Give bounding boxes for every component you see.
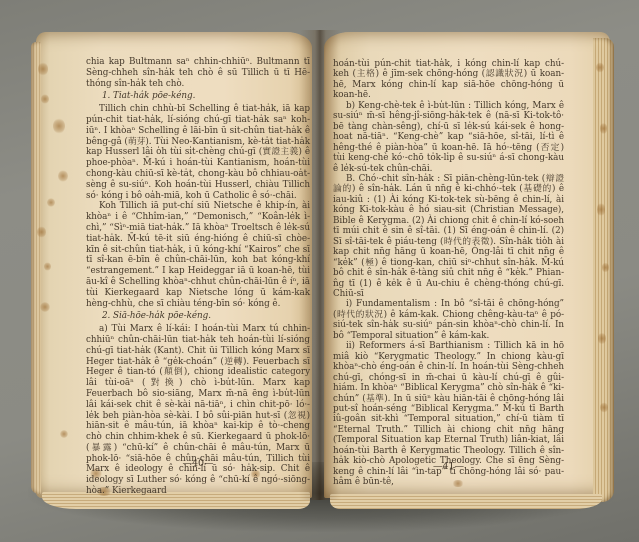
paragraph: Tillich chin chhù-bī Schelling ê tiat-ha… [86, 104, 310, 201]
right-page-number: —41— [333, 461, 564, 472]
foxing-spot [597, 202, 605, 217]
foxing-spot [44, 262, 51, 271]
foxing-spot [53, 118, 65, 134]
foxing-spot [598, 332, 606, 345]
paragraph: chia kap Bultmann saⁿ chhin-chhiūⁿ. Bult… [86, 57, 310, 89]
left-page-text: chia kap Bultmann saⁿ chhin-chhiūⁿ. Bult… [86, 57, 310, 497]
foxing-spot [600, 122, 607, 135]
right-page-text: hoán-tùi pún-chit tiat-ha̍k, i kóng chin… [333, 59, 564, 488]
foxing-spot [47, 198, 55, 207]
paragraph: b) Keng-chè-tek ê ì-bu̍t-lūn : Tillich k… [333, 101, 564, 174]
paragraph: B. Chó·-chit sîn-ha̍k : Sī piān-chèng-lū… [333, 174, 564, 299]
left-page-edge-stack [31, 42, 41, 494]
paragraph: i) Fundamentalism : In bô “sî-tāi ê chōn… [333, 299, 564, 341]
section-heading: 1. Tiat-ha̍k pōe-kéng. [86, 91, 310, 102]
paragraph: a) Tùi Marx ê lí-kái: I hoán-tùi Marx tú… [86, 324, 310, 497]
foxing-spot [37, 226, 46, 238]
foxing-spot [602, 262, 609, 273]
paragraph: Koh Tillich iā put-chí siū Nietsche ê kh… [86, 201, 310, 309]
left-page-number: —40— [86, 458, 310, 469]
foxing-spot [596, 62, 604, 73]
foxing-spot [41, 94, 49, 104]
section-heading: 2. Siā-hōe-ha̍k pōe-kéng. [86, 311, 310, 322]
foxing-spot [60, 430, 68, 438]
foxing-spot [40, 302, 50, 312]
foxing-spot [38, 62, 48, 76]
foxing-spot [600, 402, 608, 413]
book-photo: chia kap Bultmann saⁿ chhin-chhiūⁿ. Bult… [0, 0, 639, 542]
bottom-page-edge-right [330, 494, 602, 509]
foxing-spot [58, 170, 68, 182]
paragraph: hoán-tùi pún-chit tiat-ha̍k, i kóng chin… [333, 59, 564, 101]
